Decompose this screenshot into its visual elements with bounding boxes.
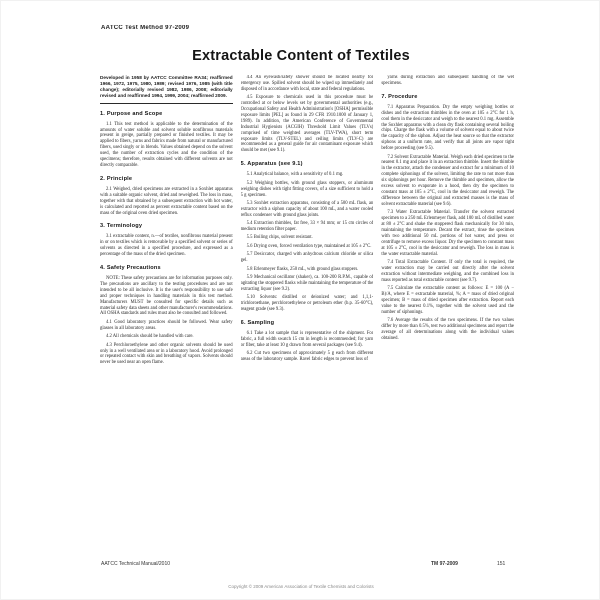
paragraph: 5.1 Analytical balance, with a sensitivi…	[241, 172, 374, 178]
copyright-line: Copyright © 2009 American Association of…	[121, 584, 481, 589]
paragraph: 5.5 Boiling chips, solvent resistant.	[241, 235, 374, 241]
page-title: Extractable Content of Textiles	[91, 48, 511, 64]
column-2: 4.4 An eyewash/safety shower should be l…	[241, 75, 374, 559]
footer-manual-title: AATCC Technical Manual/2010	[101, 561, 170, 567]
section-heading: 2. Principle	[100, 176, 233, 182]
divider	[100, 103, 233, 104]
column-1: Developed in 1958 by AATCC Committee RA3…	[100, 75, 233, 559]
section-heading: 3. Terminology	[100, 223, 233, 229]
document-page: AATCC Test Method 97-2009 Extractable Co…	[1, 1, 600, 600]
paragraph: 5.6 Drying oven, forced ventilation type…	[241, 244, 374, 250]
section-heading: 4. Safety Precautions	[100, 265, 233, 271]
paragraph: 5.8 Erlenmeyer flasks, 250 mL, with grou…	[241, 267, 374, 273]
paragraph: yarns during extraction and subsequent h…	[381, 75, 514, 87]
section-heading: 1. Purpose and Scope	[100, 111, 233, 117]
paragraph: 5.9 Mechanical oscillator (shaker), ca. …	[241, 275, 374, 293]
paragraph: 5.10 Solvents: distilled or deionized wa…	[241, 295, 374, 313]
paragraph: 6.1 Take a lot sample that is representa…	[241, 331, 374, 349]
paragraph: 7.6 Average the results of the two speci…	[381, 318, 514, 342]
paragraph: 5.3 Soxhlet extraction apparatus, consis…	[241, 201, 374, 219]
paragraph: 3.1 extractable content, n.—of textiles,…	[100, 234, 233, 258]
paragraph: 5.7 Desiccator, charged with anhydrous c…	[241, 252, 374, 264]
paragraph: 4.3 Perchloroethylene and other organic …	[100, 343, 233, 367]
paragraph: 1.1 This test method is applicable to th…	[100, 122, 233, 169]
paragraph: 5.2 Weighing bottles, with ground glass …	[241, 181, 374, 199]
paragraph: 7.1 Apparatus Preparation. Dry the empty…	[381, 105, 514, 152]
paragraph: 7.2 Solvent Extractable Material. Weigh …	[381, 155, 514, 208]
paragraph: 4.1 Good laboratory practices should be …	[100, 320, 233, 332]
paragraph: 5.4 Extraction thimbles, fat free, 33 × …	[241, 221, 374, 233]
section-heading: 6. Sampling	[241, 320, 374, 326]
footer-method-code: TM 97-2009	[431, 561, 458, 567]
paragraph: 7.5 Calculate the extractable content as…	[381, 286, 514, 316]
text-columns: Developed in 1958 by AATCC Committee RA3…	[100, 75, 514, 559]
paragraph: 2.1 Weighed, dried specimens are extract…	[100, 187, 233, 217]
paragraph: 4.4 An eyewash/safety shower should be l…	[241, 75, 374, 93]
paragraph: NOTE: These safety precautions are for i…	[100, 276, 233, 317]
paragraph: 4.5 Exposure to chemicals used in this p…	[241, 95, 374, 154]
paragraph: 4.2 All chemicals should be handled with…	[100, 334, 233, 340]
footer-page-number: 151	[497, 561, 505, 567]
column-3: yarns during extraction and subsequent h…	[381, 75, 514, 559]
section-heading: 5. Apparatus (see 9.1)	[241, 161, 374, 167]
header-method-ref: AATCC Test Method 97-2009	[101, 25, 189, 31]
paragraph: 7.4 Total Extractable Content. If only t…	[381, 260, 514, 284]
paragraph: 6.2 Cut two specimens of approximately 5…	[241, 351, 374, 363]
section-heading: 7. Procedure	[381, 94, 514, 100]
paragraph: 7.3 Water Extractable Material. Transfer…	[381, 210, 514, 257]
page-frame: AATCC Test Method 97-2009 Extractable Co…	[0, 0, 600, 600]
foreword-paragraph: Developed in 1958 by AATCC Committee RA3…	[100, 75, 233, 99]
